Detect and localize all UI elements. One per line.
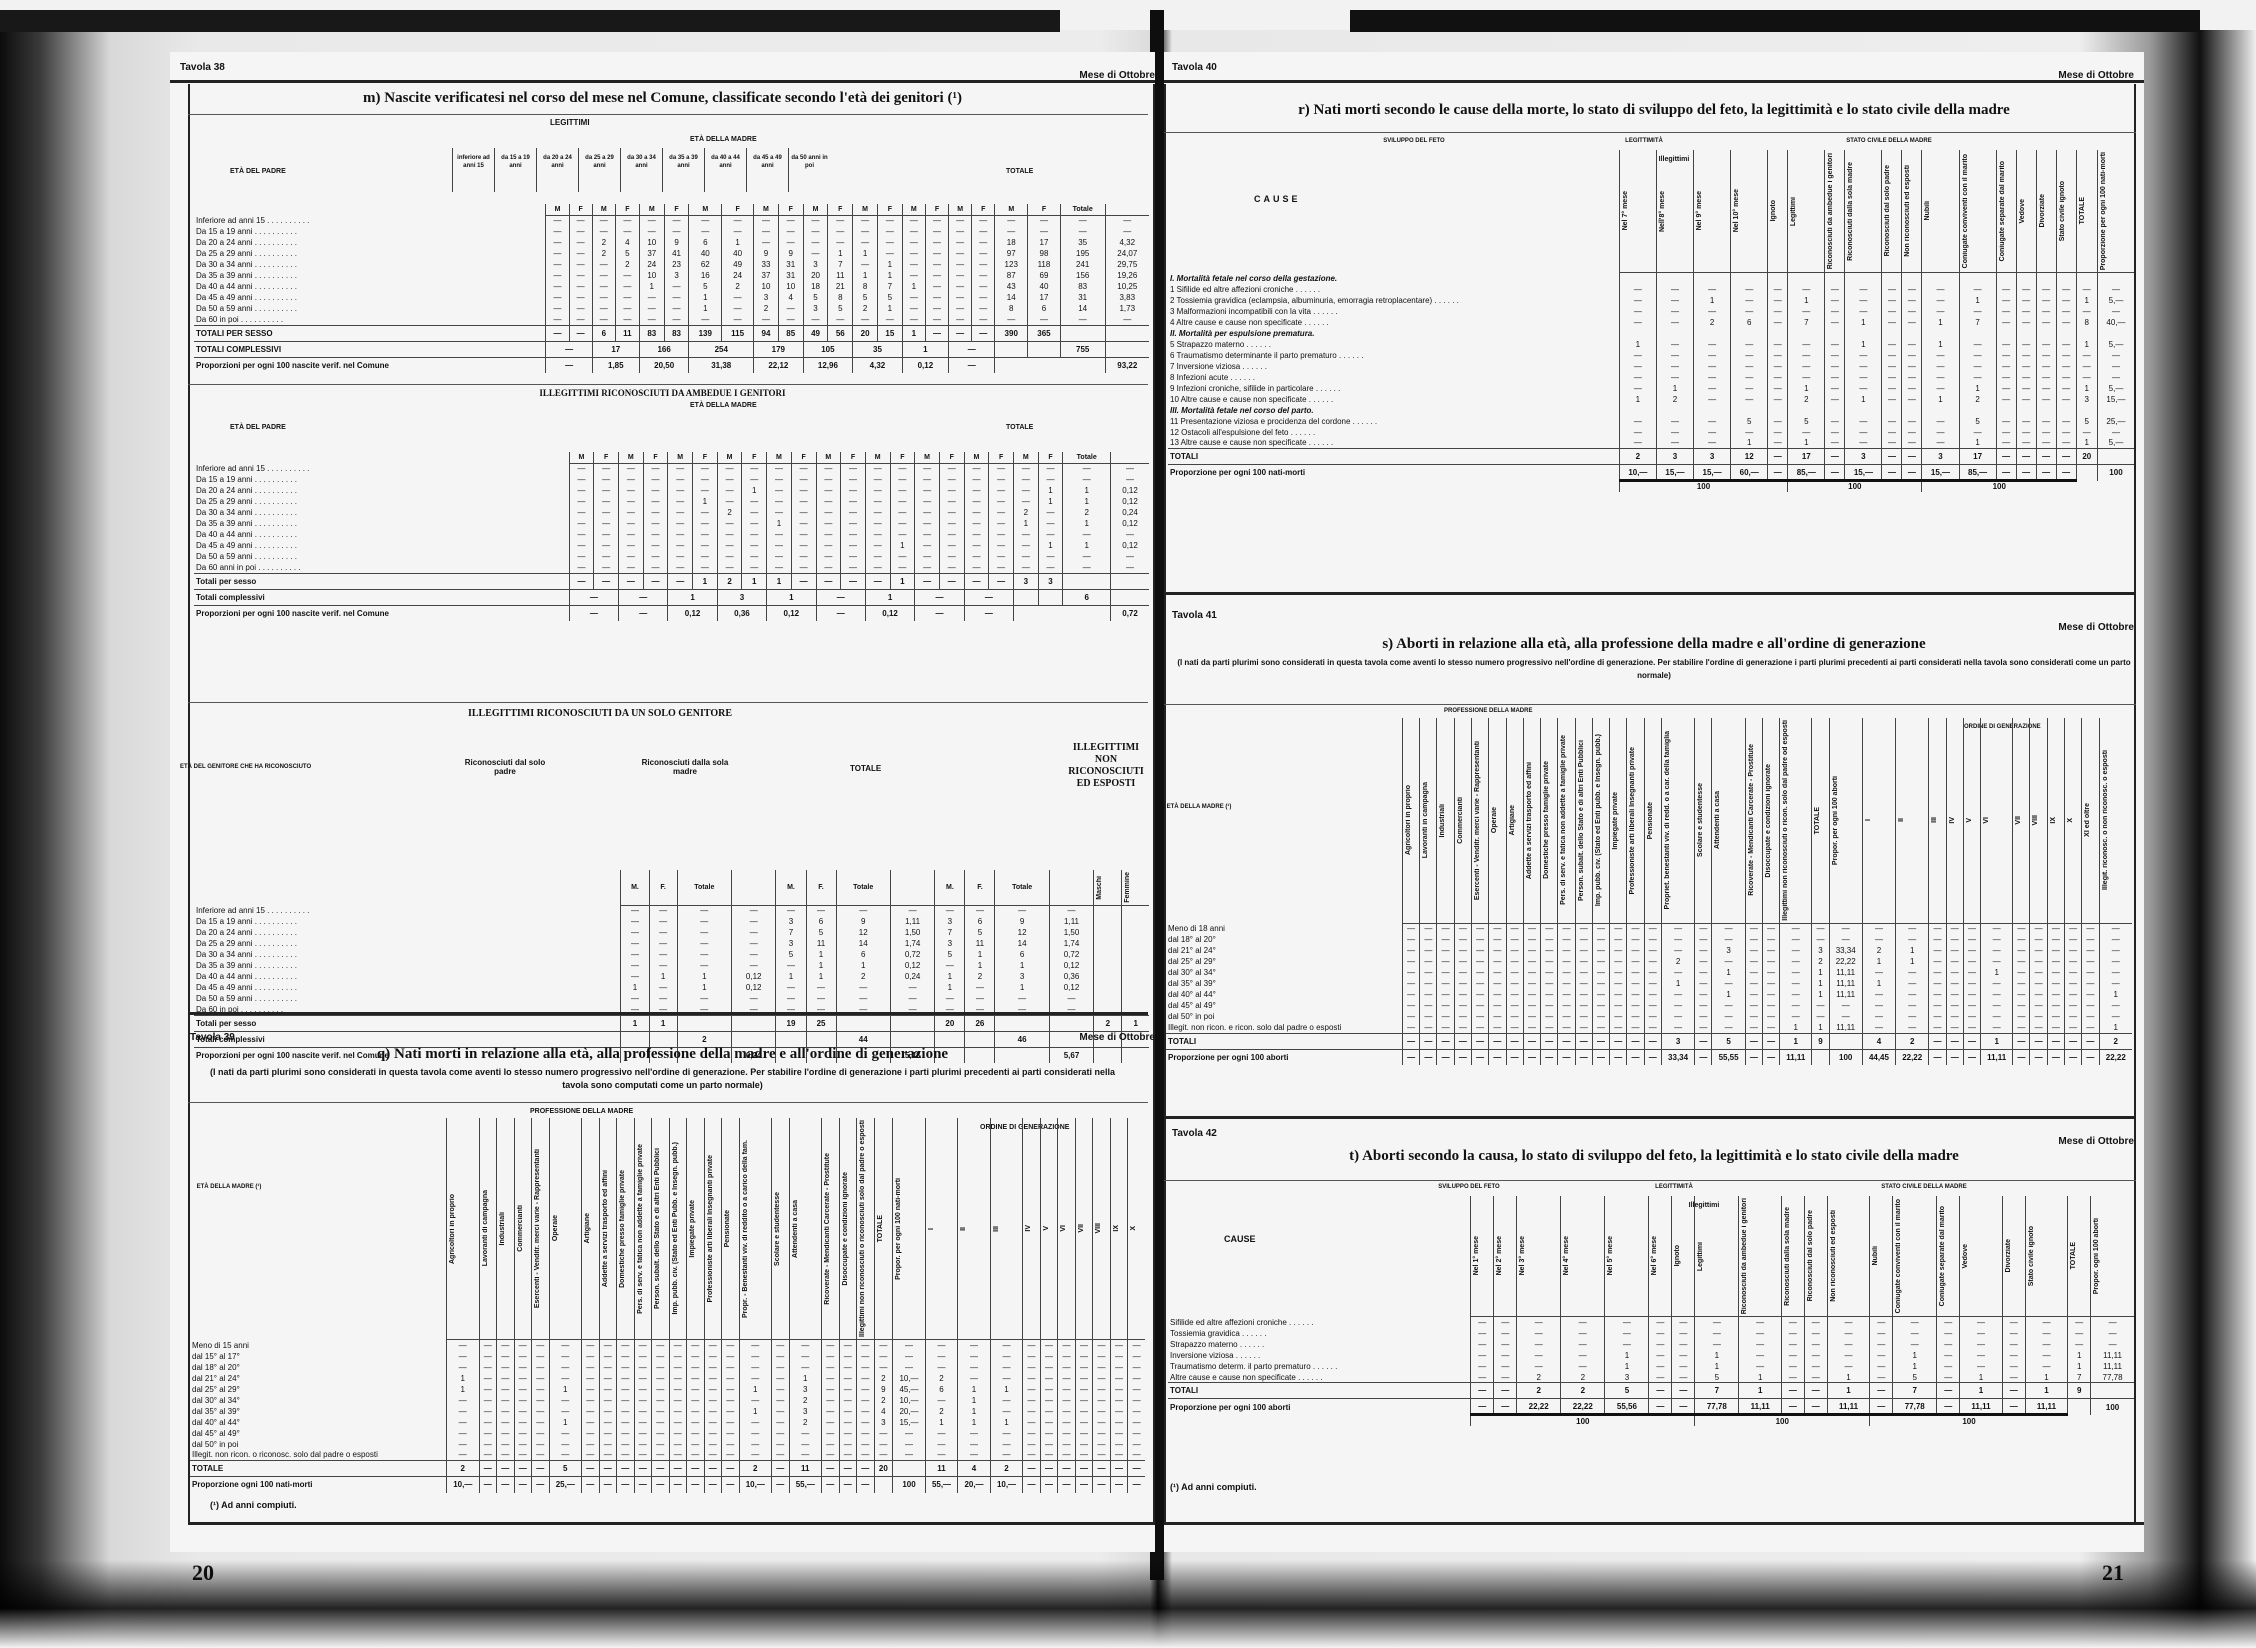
table-cell: —: [619, 589, 668, 605]
table-cell: —: [497, 1384, 515, 1395]
table-cell: —: [1489, 1049, 1506, 1065]
table-cell: —: [549, 1373, 582, 1384]
table-cell: —: [1780, 967, 1812, 978]
table-cell: 1: [1922, 339, 1959, 350]
table-cell: [2036, 273, 2056, 284]
table-row: Totali complessivi24446: [194, 1031, 1149, 1047]
table-cell: —: [546, 303, 569, 314]
table-cell: —: [1437, 1011, 1454, 1022]
table-cell: 97: [995, 248, 1028, 259]
table-cell: 22,22: [2099, 1049, 2132, 1065]
table-cell: 7: [2068, 1372, 2091, 1383]
table-cell: —: [958, 1439, 991, 1450]
table-cell: —: [972, 259, 995, 270]
table-cell: —: [1619, 372, 1656, 383]
table-cell: —: [925, 1428, 958, 1439]
table-cell: —: [1731, 394, 1768, 405]
table-cell: —: [687, 1450, 705, 1461]
table-cell: 10,—: [1619, 465, 1656, 481]
table-cell: —: [1922, 383, 1959, 394]
table-cell: —: [2013, 1000, 2030, 1011]
column-header: F: [939, 452, 964, 463]
table-cell: —: [1489, 923, 1506, 934]
table-cell: —: [1471, 1317, 1494, 1328]
table-cell: 10,—: [893, 1373, 926, 1384]
table-cell: 1: [668, 589, 717, 605]
table-cell: —: [704, 1384, 722, 1395]
column-header: Totale: [1063, 452, 1111, 463]
table-cell: [2068, 1399, 2091, 1415]
table-cell: —: [1494, 1383, 1517, 1399]
table-cell: —: [1110, 1406, 1128, 1417]
table-cell: dal 25° al 29°: [1166, 956, 1402, 967]
table-cell: —: [1471, 1399, 1494, 1415]
table-m-legittimi: MFMFMFMFMFMFMFMFMFMFTotaleInferiore ad a…: [194, 204, 1149, 373]
table-cell: —: [1845, 350, 1882, 361]
table-cell: —: [1489, 1000, 1506, 1011]
table-cell: —: [1695, 967, 1712, 978]
table-cell: —: [902, 303, 925, 314]
table-cell: —: [2047, 934, 2064, 945]
table-cell: —: [1902, 361, 1922, 372]
table-cell: —: [964, 551, 989, 562]
table-cell: [1825, 405, 1845, 416]
table-cell: —: [1731, 372, 1768, 383]
table-cell: —: [1882, 416, 1902, 427]
table-cell: —: [1656, 438, 1693, 449]
table-cell: —: [643, 540, 668, 551]
table-cell: —: [2036, 295, 2056, 306]
table-cell: —: [1402, 978, 1419, 989]
table-cell: 83: [639, 325, 664, 341]
table-cell: —: [1780, 923, 1812, 934]
column-header: IX: [1110, 1118, 1128, 1340]
column-header: Domestiche presso famiglie private: [617, 1118, 635, 1340]
table-cell: —: [1739, 1350, 1782, 1361]
table-cell: —: [669, 1384, 687, 1395]
table-cell: Totali complessivi: [194, 1031, 621, 1047]
table-cell: [1168, 150, 1619, 273]
table-cell: —: [569, 215, 592, 226]
table-cell: —: [1902, 306, 1922, 317]
table-cell: —: [582, 1340, 600, 1351]
column-header: Totale: [1060, 204, 1105, 215]
table-cell: 1: [549, 1384, 582, 1395]
eta-madre-header: ETÀ DELLA MADRE: [690, 136, 757, 143]
table-cell: —: [816, 573, 841, 589]
table-cell: [2076, 465, 2097, 481]
table-cell: —: [2097, 427, 2134, 438]
table-cell: —: [789, 1362, 822, 1373]
table-cell: —: [1093, 1340, 1111, 1351]
table-cell: —: [2030, 945, 2047, 956]
table-cell: —: [677, 993, 731, 1004]
table-cell: —: [615, 292, 639, 303]
table-cell: 1: [1063, 518, 1111, 529]
table-cell: —: [1672, 1372, 1695, 1383]
table-cell: —: [704, 1395, 722, 1406]
table-cell: —: [643, 562, 668, 573]
table-cell: —: [1649, 1350, 1672, 1361]
table-cell: —: [1627, 956, 1644, 967]
table-cell: —: [836, 993, 890, 1004]
table-cell: —: [2016, 295, 2036, 306]
table-cell: —: [1644, 1049, 1661, 1065]
table-cell: —: [497, 1461, 515, 1477]
table-cell: —: [1075, 1373, 1093, 1384]
table-cell: [1094, 927, 1122, 938]
table-cell: —: [949, 226, 972, 237]
table-cell: 10,—: [739, 1477, 772, 1493]
table-cell: —: [693, 474, 718, 485]
table-cell: —: [619, 529, 644, 540]
column-header: VII: [2013, 718, 2030, 923]
table-cell: —: [1592, 1011, 1609, 1022]
table-cell: —: [767, 529, 792, 540]
table-cell: 1: [1788, 295, 1825, 306]
table-cell: —: [546, 281, 569, 292]
table-cell: 10: [754, 281, 779, 292]
table-cell: —: [2056, 449, 2076, 465]
table-cell: —: [803, 215, 828, 226]
column-header: VI: [1058, 1118, 1076, 1340]
table-cell: —: [1040, 1373, 1058, 1384]
table-cell: —: [634, 1461, 652, 1477]
table-cell: 5: [1712, 1033, 1745, 1049]
table-cell: —: [1870, 1361, 1893, 1372]
table-cell: —: [915, 507, 940, 518]
column-header: Vedove: [1960, 1196, 2003, 1317]
table-cell: [1111, 573, 1149, 589]
table-cell: —: [2013, 1011, 2030, 1022]
table-row: Nel 7° meseNell'8° meseNel 9° meseNel 10…: [1168, 150, 2134, 273]
table-cell: —: [1762, 923, 1779, 934]
column-header: F: [1038, 452, 1063, 463]
column-header: Nubili: [1870, 1196, 1893, 1317]
table-cell: —: [1768, 449, 1788, 465]
table-cell: 60,—: [1731, 465, 1768, 481]
table-cell: —: [1506, 1011, 1523, 1022]
table-cell: [776, 1031, 806, 1047]
table-cell: —: [497, 1395, 515, 1406]
table-cell: [1882, 328, 1902, 339]
table-cell: —: [865, 529, 890, 540]
table-row: Illegit. non ricon. e ricon. solo dal pa…: [1166, 1022, 2132, 1033]
table-cell: —: [569, 259, 592, 270]
table-cell: —: [1040, 1351, 1058, 1362]
table-cell: —: [569, 325, 592, 341]
table-cell: —: [687, 1395, 705, 1406]
table-cell: —: [1762, 934, 1779, 945]
table-cell: —: [1893, 1328, 1937, 1339]
table-cell: —: [497, 1351, 515, 1362]
table-cell: —: [839, 1450, 857, 1461]
table-cell: [194, 870, 621, 905]
table-cell: —: [1619, 350, 1656, 361]
table-cell: —: [634, 1450, 652, 1461]
table-cell: 1: [965, 960, 995, 971]
column-header: Illegittimi non riconosciuti o ricon. so…: [1780, 718, 1812, 923]
column-header: III: [1929, 718, 1946, 923]
table-cell: 0,72: [1111, 605, 1149, 621]
table-cell: —: [839, 1428, 857, 1439]
table-cell: 100: [1695, 1415, 1870, 1426]
table-cell: —: [1996, 306, 2016, 317]
table-cell: —: [925, 215, 948, 226]
table-cell: —: [1780, 934, 1812, 945]
column-header: F: [615, 204, 639, 215]
table-cell: —: [704, 1406, 722, 1417]
table-cell: —: [514, 1417, 532, 1428]
table-cell: —: [1402, 1011, 1419, 1022]
table-cell: —: [1845, 416, 1882, 427]
table-cell: —: [687, 1406, 705, 1417]
column-header: Coniugate separate dal marito: [1996, 150, 2016, 273]
table-cell: —: [865, 562, 890, 573]
table-cell: 0,12: [731, 982, 775, 993]
table-cell: 2: [1517, 1372, 1561, 1383]
table-cell: —: [2091, 1339, 2134, 1350]
table-cell: —: [1661, 989, 1694, 1000]
table-cell: 11,11: [1960, 1399, 2003, 1415]
table-cell: —: [669, 1351, 687, 1362]
table-cell: —: [990, 1428, 1023, 1439]
table-cell: 17: [1959, 449, 1996, 465]
table-cell: —: [816, 551, 841, 562]
column-header: III: [990, 1118, 1023, 1340]
table-cell: 19,26: [1105, 270, 1149, 281]
table-cell: —: [1558, 989, 1575, 1000]
table-cell: —: [722, 1450, 740, 1461]
table-cell: [2097, 273, 2134, 284]
column-header: M: [1014, 452, 1039, 463]
table-cell: —: [1695, 1000, 1712, 1011]
table-cell: [1619, 328, 1656, 339]
table-cell: 2: [925, 1373, 958, 1384]
table-cell: [2097, 328, 2134, 339]
table-cell: Inferiore ad anni 15 . . . . . . . . . .: [194, 905, 621, 916]
table-cell: —: [1845, 438, 1882, 449]
table-cell: —: [1825, 284, 1845, 295]
table-row: 2 Tossiemia gravidica (eclampsia, albumi…: [1168, 295, 2134, 306]
table-cell: —: [479, 1373, 497, 1384]
table-cell: —: [964, 529, 989, 540]
table-cell: —: [668, 463, 693, 474]
table-cell: —: [1946, 1011, 1963, 1022]
table-cell: —: [839, 1406, 857, 1417]
table-row: Inferiore ad anni 15 . . . . . . . . . .…: [194, 215, 1149, 226]
month-label: Mese di Ottobre: [2058, 622, 2134, 633]
table-row: MFMFMFMFMFMFMFMFMFMFTotale: [194, 452, 1149, 463]
table-cell: —: [1959, 350, 1996, 361]
table-cell: —: [822, 1477, 840, 1493]
table-cell: 241: [1060, 259, 1105, 270]
table-cell: —: [915, 485, 940, 496]
table-cell: [1060, 325, 1105, 341]
table-cell: —: [1937, 1328, 1960, 1339]
table-cell: —: [615, 270, 639, 281]
table-cell: 9: [2068, 1383, 2091, 1399]
table-cell: —: [652, 1428, 670, 1439]
table-row: Inferiore ad anni 15 . . . . . . . . . .…: [194, 463, 1149, 474]
table-cell: —: [1128, 1340, 1145, 1351]
table-cell: 11,11: [1829, 978, 1862, 989]
table-cell: —: [1745, 945, 1762, 956]
table-cell: 2: [965, 971, 995, 982]
table-cell: —: [939, 496, 964, 507]
table-cell: —: [1420, 1011, 1437, 1022]
table-cell: 1: [1605, 1361, 1649, 1372]
column-header: Lavoranti in campagna: [1420, 718, 1437, 923]
table-cell: 6: [1063, 589, 1111, 605]
table-cell: —: [1472, 1049, 1489, 1065]
table-cell: —: [1959, 306, 1996, 317]
table-cell: —: [1946, 978, 1963, 989]
table-cell: II. Mortalità per espulsione prematura.: [1168, 328, 1619, 339]
table-cell: —: [742, 529, 767, 540]
table-cell: —: [2082, 1000, 2099, 1011]
table-cell: —: [1075, 1428, 1093, 1439]
table-cell: —: [857, 1373, 875, 1384]
table-cell: —: [2002, 1372, 2025, 1383]
table-cell: 49: [803, 325, 828, 341]
table-cell: —: [1695, 1049, 1712, 1065]
table-cell: —: [925, 292, 948, 303]
table-cell: —: [2016, 427, 2036, 438]
table-cell: —: [925, 325, 948, 341]
table-cell: —: [2030, 1011, 2047, 1022]
column-header: Nel 6° mese: [1649, 1196, 1672, 1317]
table-cell: [1902, 405, 1922, 416]
table-cell: —: [2047, 945, 2064, 956]
table-cell: 2: [874, 1395, 893, 1406]
table-cell: —: [915, 518, 940, 529]
table-row: TOTALI COMPLESSIVI—17166254179105351—755: [194, 341, 1149, 357]
table-cell: 7: [1788, 317, 1825, 328]
table-cell: —: [1437, 934, 1454, 945]
column-header: Coniugate conviventi con il marito: [1959, 150, 1996, 273]
column-header: Ignoto: [1768, 150, 1788, 273]
table-cell: —: [569, 314, 592, 325]
table-cell: —: [1745, 1000, 1762, 1011]
table-cell: —: [1610, 967, 1627, 978]
table-cell: —: [1561, 1328, 1605, 1339]
table-cell: —: [1929, 1011, 1946, 1022]
table-cell: 1: [995, 982, 1049, 993]
table-cell: [1049, 1015, 1093, 1031]
totale-header: TOTALE: [1006, 168, 1033, 175]
table-cell: [1122, 982, 1149, 993]
table-cell: 0,24: [890, 971, 934, 982]
table-cell: 11: [965, 938, 995, 949]
table-cell: —: [1804, 1383, 1827, 1399]
column-header: M: [853, 204, 878, 215]
table-cell: 0,12: [1049, 982, 1093, 993]
table-cell: —: [841, 507, 866, 518]
table-cell: —: [995, 993, 1049, 1004]
column-header: IX: [2047, 718, 2064, 923]
table-cell: 44: [836, 1031, 890, 1047]
table-cell: —: [1644, 1022, 1661, 1033]
left-page: Tavola 38 Mese di Ottobre m) Nascite ver…: [170, 52, 1155, 1552]
table-cell: —: [693, 485, 718, 496]
table-cell: —: [1058, 1351, 1076, 1362]
table-cell: —: [677, 949, 731, 960]
table-cell: Da 35 a 39 anni . . . . . . . . . .: [194, 518, 569, 529]
table-cell: 2: [1694, 317, 1731, 328]
table-cell: 15: [877, 325, 902, 341]
table-cell: 1: [1731, 438, 1768, 449]
table-cell: —: [1506, 978, 1523, 989]
table-cell: —: [2002, 1399, 2025, 1415]
table-cell: —: [989, 573, 1014, 589]
table-row: TOTALI PER SESSO——6118383139115948549562…: [194, 325, 1149, 341]
table-cell: —: [621, 916, 649, 927]
table-cell: —: [1610, 934, 1627, 945]
right-page: Tavola 40 Mese di Ottobre r) Nati morti …: [1164, 52, 2144, 1552]
table-cell: —: [1825, 372, 1845, 383]
table-cell: —: [1610, 956, 1627, 967]
table-cell: —: [592, 270, 615, 281]
table-cell: —: [1128, 1428, 1145, 1439]
column-header: Artigiane: [582, 1118, 600, 1340]
table-cell: [731, 1031, 775, 1047]
table-cell: —: [1058, 1362, 1076, 1373]
table-cell: —: [664, 226, 689, 237]
table-cell: 45,—: [893, 1384, 926, 1395]
table-cell: —: [722, 1384, 740, 1395]
table-cell: 100: [1619, 481, 1787, 492]
table-cell: —: [1437, 1033, 1454, 1049]
table-cell: Da 40 a 44 anni . . . . . . . . . .: [194, 281, 546, 292]
table-cell: —: [652, 1477, 670, 1493]
table-cell: TOTALI: [1168, 1383, 1471, 1399]
table-t: Nel 1° meseNel 2° meseNel 3° meseNel 4° …: [1168, 1196, 2134, 1426]
table-cell: —: [1768, 361, 1788, 372]
table-cell: —: [2056, 416, 2076, 427]
table-cell: —: [2036, 361, 2056, 372]
table-cell: —: [972, 325, 995, 341]
table-row: 10 Altre cause e cause non specificate .…: [1168, 394, 2134, 405]
table-cell: —: [1882, 394, 1902, 405]
table-cell: —: [2030, 1049, 2047, 1065]
table-cell: —: [1656, 339, 1693, 350]
table-cell: —: [2016, 317, 2036, 328]
table-cell: 1: [447, 1373, 480, 1384]
table-cell: Da 15 a 19 anni . . . . . . . . . .: [194, 474, 569, 485]
table-cell: 1: [1038, 496, 1063, 507]
table-cell: —: [990, 1450, 1023, 1461]
table-cell: —: [1402, 956, 1419, 967]
table-cell: —: [532, 1477, 550, 1493]
table-cell: —: [754, 237, 779, 248]
table-cell: —: [839, 1384, 857, 1395]
table-cell: [1768, 328, 1788, 339]
table-cell: 4,32: [1105, 237, 1149, 248]
table-cell: 11,11: [1829, 989, 1862, 1000]
table-cell: —: [649, 960, 677, 971]
table-cell: —: [1649, 1399, 1672, 1415]
age-column-header: da 40 a 44 anni: [704, 148, 746, 192]
table-cell: dal 30° al 34°: [1166, 967, 1402, 978]
table-cell: —: [915, 573, 940, 589]
table-cell: 15,—: [1845, 465, 1882, 481]
table-cell: —: [582, 1373, 600, 1384]
table-cell: 1: [1619, 394, 1656, 405]
table-cell: —: [789, 1450, 822, 1461]
table-cell: —: [902, 292, 925, 303]
table-cell: —: [2056, 317, 2076, 328]
